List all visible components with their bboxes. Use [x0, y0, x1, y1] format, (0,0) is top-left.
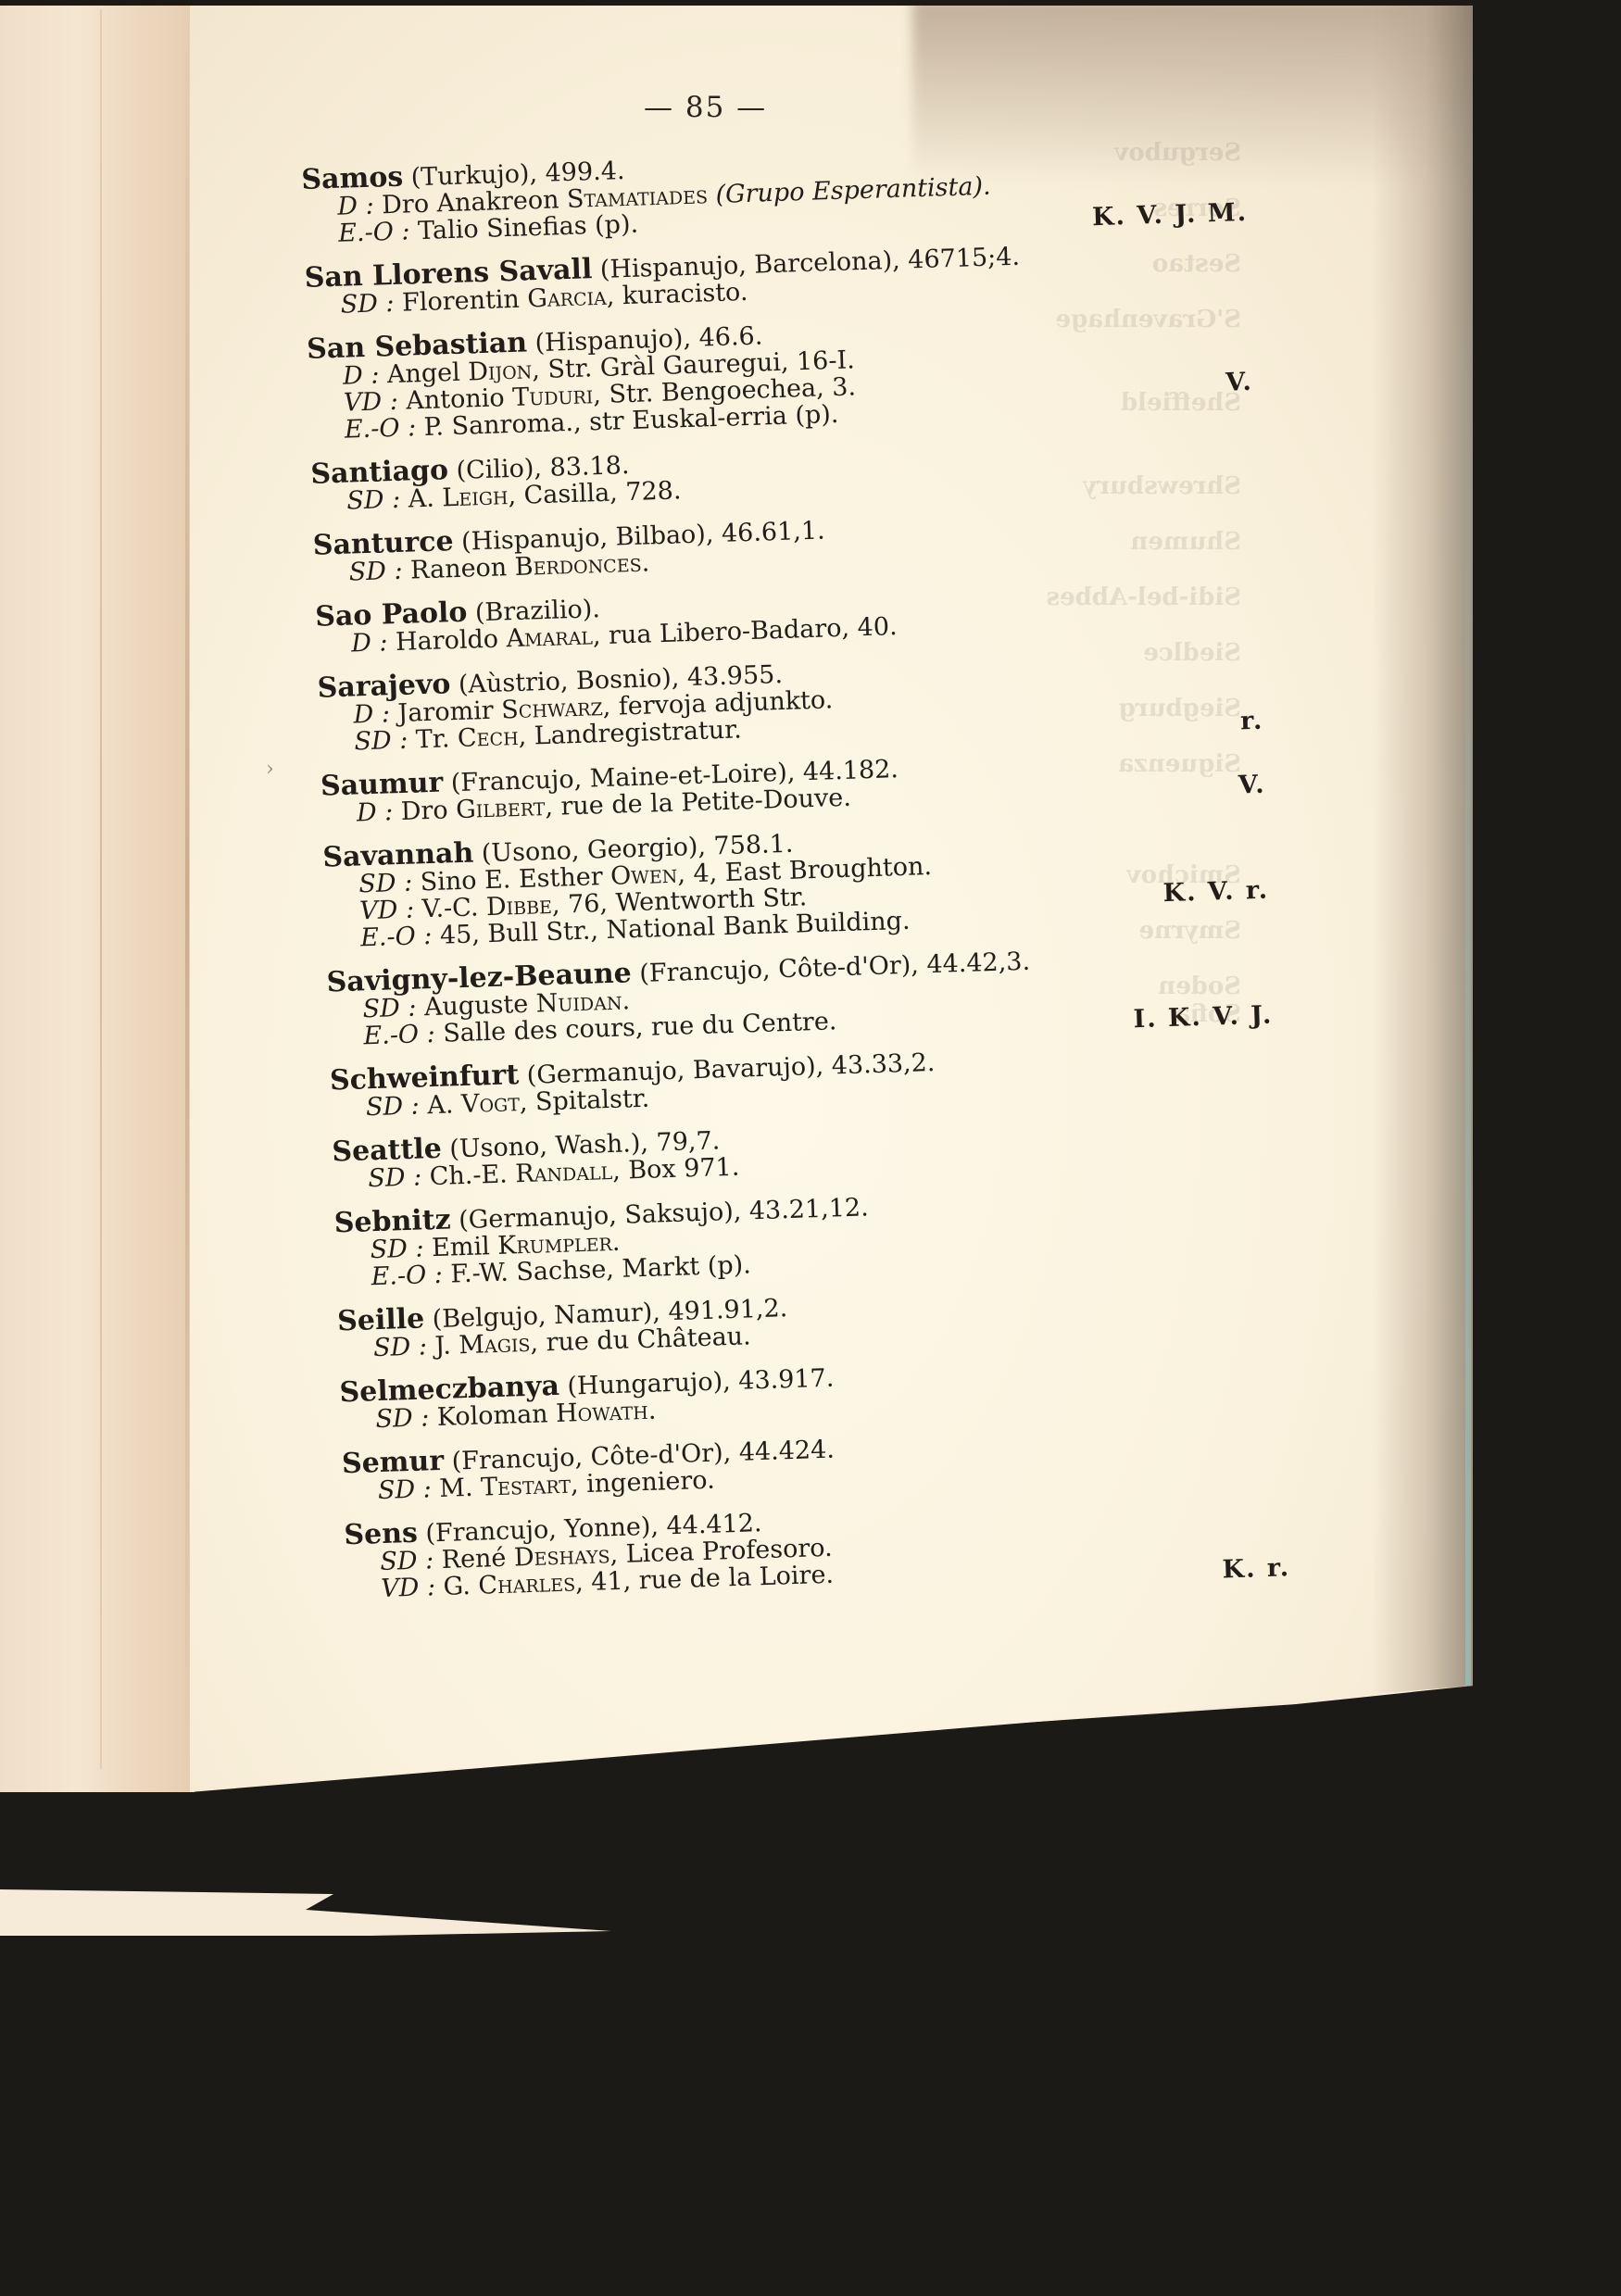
contact-surname: Leigh — [442, 482, 509, 512]
role-label: SD : — [368, 1162, 422, 1193]
service-codes: r. — [1240, 707, 1264, 736]
role-label: SD : — [358, 869, 413, 899]
page-number: — 85 — — [644, 91, 767, 124]
book-spine — [185, 9, 189, 1769]
contact-surname: Vogt — [460, 1088, 520, 1119]
role-label: SD : — [373, 1332, 428, 1362]
directory-entry: Sebnitz (Germanujo, Saksujo), 43.21,12.S… — [333, 1180, 1280, 1291]
page-right-edge — [1371, 0, 1473, 1815]
role-label: SD : — [340, 289, 395, 320]
directory-listing: Samos (Turkujo), 499.4.D : Dro Anakreon … — [301, 137, 1291, 1620]
service-codes: K. r. — [1222, 1553, 1290, 1584]
contact-surname: Randall — [515, 1157, 613, 1188]
contact-text: Ch.-E. — [421, 1160, 516, 1191]
role-label: SD : — [354, 726, 408, 757]
contact-surname: Garcia — [527, 282, 607, 314]
contact-text: Raneon — [402, 553, 515, 585]
role-label: SD : — [380, 1546, 434, 1576]
service-codes: K. V. J. M. — [1092, 198, 1249, 232]
contact-text: Haroldo — [387, 624, 507, 657]
service-codes: V. — [1225, 368, 1254, 397]
contact-text: . — [622, 986, 631, 1015]
page-edge-tint — [1465, 278, 1471, 1686]
role-label: VD : — [359, 896, 415, 926]
contact-surname: Gilbert — [456, 793, 546, 824]
contact-text: G. — [435, 1572, 479, 1601]
contact-surname: Berdonces — [514, 549, 642, 582]
role-label: SD : — [365, 1091, 420, 1122]
contact-surname: Dibbe — [485, 891, 552, 922]
directory-entry: Savannah (Usono, Georgio), 758.1.SD : Si… — [322, 815, 1270, 953]
contact-surname: Owen — [610, 860, 678, 891]
contact-text: A. — [419, 1090, 461, 1120]
contact-text: Tr. — [408, 724, 459, 755]
contact-text: , Spitalstr. — [519, 1085, 649, 1117]
directory-entry: San Llorens Savall (Hispanujo, Barcelona… — [304, 235, 1250, 320]
contact-text: , rue du Château. — [530, 1322, 751, 1357]
directory-entry: Sao Paolo (Brazilio).D : Haroldo Amaral,… — [315, 574, 1261, 659]
role-label: SD : — [377, 1474, 432, 1505]
contact-text: M. — [431, 1474, 481, 1504]
role-label: E.-O : — [338, 217, 410, 247]
contact-surname: Cech — [458, 722, 520, 753]
directory-entry: Selmeczbanya (Hungarujo), 43.917.SD : Ko… — [339, 1349, 1285, 1434]
service-codes: K. V. r. — [1162, 876, 1269, 909]
directory-entry: Seattle (Usono, Wash.), 79,7.SD : Ch.-E.… — [332, 1109, 1277, 1193]
contact-surname: Howath — [556, 1397, 649, 1428]
paper-speck: › — [266, 758, 274, 781]
role-label: SD : — [348, 557, 403, 587]
role-label: E.-O : — [360, 922, 433, 952]
role-label: E.-O : — [363, 1020, 435, 1050]
top-border — [0, 0, 1621, 6]
service-codes: I. K. V. J. — [1133, 1001, 1274, 1035]
role-label: D : — [351, 628, 388, 658]
role-label: SD : — [370, 1234, 424, 1264]
contact-text: . — [647, 1397, 657, 1425]
service-codes: V. — [1238, 771, 1266, 800]
contact-text: Talio Sinefias (p). — [409, 210, 639, 246]
role-label: D : — [356, 797, 393, 827]
contact-surname: Charles — [478, 1568, 576, 1600]
contact-text: , Box 971. — [612, 1153, 740, 1186]
contact-surname: Amaral — [506, 621, 593, 653]
directory-entry: San Sebastian (Hispanujo), 46.6.D : Ange… — [307, 307, 1254, 445]
directory-entry: Santurce (Hispanujo, Bilbao), 46.61,1.SD… — [312, 503, 1258, 587]
contact-text: Dro — [393, 796, 457, 826]
directory-entry: Savigny-lez-Beaune (Francujo, Côte-d'Or)… — [326, 940, 1273, 1051]
contact-text: Florentin — [394, 284, 528, 318]
directory-entry: Sarajevo (Aùstrio, Bosnio), 43.955.D : J… — [317, 646, 1263, 757]
contact-text: , kuracisto. — [606, 278, 748, 311]
directory-entry: Seille (Belgujo, Namur), 491.91,2.SD : J… — [337, 1278, 1283, 1362]
contact-surname: Dijon — [468, 356, 533, 386]
contact-text: , ingeniero. — [570, 1466, 715, 1499]
contact-text: A. — [400, 483, 443, 513]
directory-entry: Sens (Francujo, Yonne), 44.412.SD : René… — [344, 1492, 1290, 1603]
contact-surname: Testart — [481, 1471, 572, 1502]
contact-text: . — [641, 548, 650, 577]
directory-entry: Semur (Francujo, Côte-d'Or), 44.424.SD :… — [342, 1421, 1288, 1505]
directory-entry: Schweinfurt (Germanujo, Bavarujo), 43.33… — [330, 1037, 1275, 1122]
role-label: VD : — [344, 387, 399, 418]
directory-entry: Santiago (Cilio), 83.18.SD : A. Leigh, C… — [310, 432, 1256, 516]
contact-text: J. — [426, 1331, 459, 1361]
contact-text: , Casilla, 728. — [508, 476, 682, 510]
page-fold-line — [100, 9, 102, 1769]
directory-entry: Saumur (Francujo, Maine-et-Loire), 44.18… — [320, 744, 1266, 828]
role-label: SD : — [362, 994, 417, 1024]
role-label: D : — [353, 699, 390, 729]
role-label: SD : — [375, 1403, 430, 1434]
contact-text: . — [611, 1228, 621, 1257]
role-label: E.-O : — [371, 1261, 443, 1291]
role-label: E.-O : — [344, 413, 416, 444]
role-label: D : — [337, 192, 374, 221]
contact-surname: Magis — [459, 1329, 531, 1360]
contact-text: , Landregistratur. — [518, 715, 742, 751]
role-label: D : — [343, 360, 380, 390]
role-label: VD : — [381, 1573, 436, 1603]
contact-text: Koloman — [429, 1399, 557, 1432]
previous-pages-edge — [0, 0, 195, 1792]
role-label: SD : — [346, 485, 401, 516]
